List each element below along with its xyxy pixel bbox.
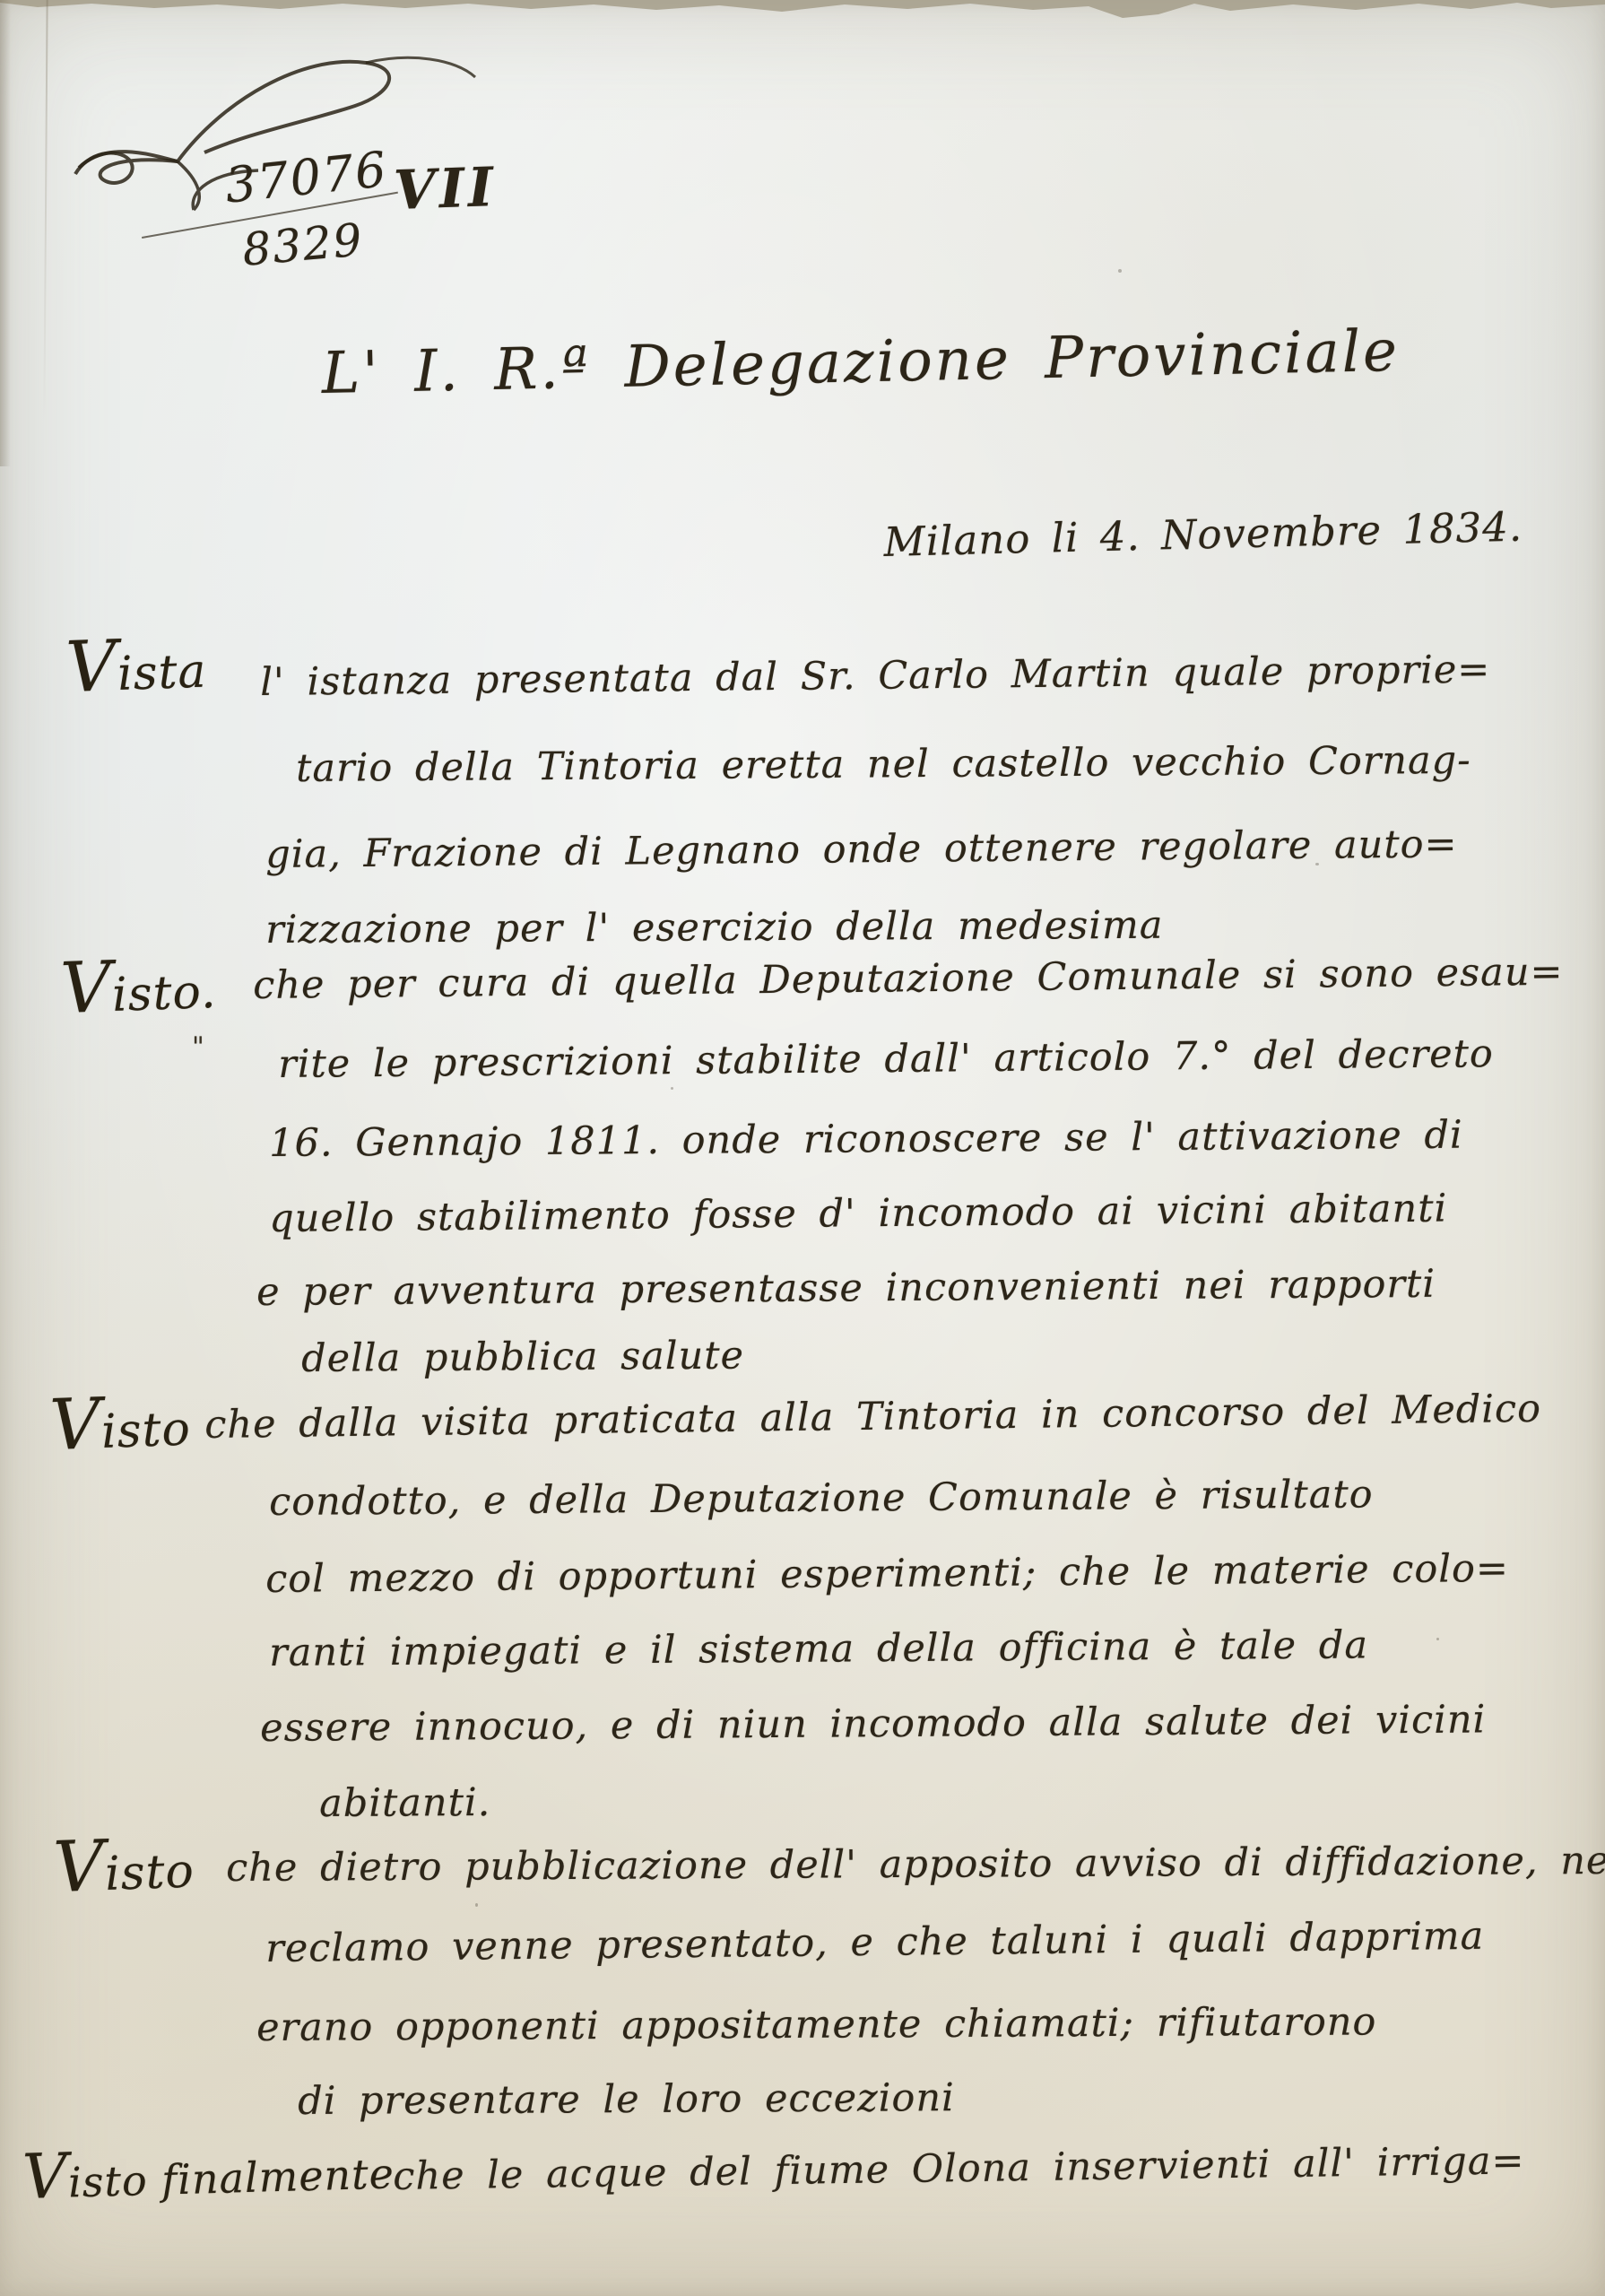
paragraph-lead: Visto bbox=[52, 1823, 195, 1909]
series-numeral: VII bbox=[393, 156, 498, 222]
manuscript-line: condotto, e della Deputazione Comunale è… bbox=[269, 1472, 1374, 1525]
paragraph-lead: Visto. bbox=[59, 944, 218, 1030]
manuscript-line: abitanti. bbox=[319, 1780, 490, 1826]
manuscript-line: che per cura di quella Deputazione Comun… bbox=[253, 950, 1564, 1008]
dateline: Milano li 4. Novembre 1834. bbox=[883, 503, 1523, 566]
addressee-title: L' I. R.ª Delegazione Provinciale bbox=[321, 318, 1401, 407]
page-left-edge bbox=[0, 0, 11, 466]
manuscript-line: tario della Tintoria eretta nel castello… bbox=[296, 738, 1471, 791]
torn-edge-icon bbox=[0, 0, 1605, 27]
manuscript-line: erano opponenti appositamente chiamati; … bbox=[256, 1999, 1376, 2050]
paper-crease bbox=[43, 0, 48, 422]
manuscript-line: 16. Gennajo 1811. onde riconoscere se l'… bbox=[269, 1113, 1463, 1166]
paragraph-lead: Vista bbox=[65, 623, 208, 709]
manuscript-line: che le acque del fiume Olona inservienti… bbox=[393, 2138, 1525, 2199]
ink-speck bbox=[1315, 863, 1319, 865]
manuscript-line: e per avventura presentasse inconvenient… bbox=[256, 1262, 1436, 1315]
ditto-mark: " bbox=[192, 1031, 204, 1063]
manuscript-line: rizzazione per l' esercizio della medesi… bbox=[265, 903, 1164, 952]
ink-speck bbox=[671, 1087, 673, 1090]
manuscript-line: rite le prescrizioni stabilite dall' art… bbox=[278, 1031, 1494, 1087]
manuscript-line: l' istanza presentata dal Sr. Carlo Mart… bbox=[260, 648, 1491, 705]
manuscript-line: di presentare le loro eccezioni bbox=[298, 2075, 955, 2124]
paragraph-lead: Visto bbox=[48, 1381, 192, 1466]
manuscript-line: ranti impiegati e il sistema della offic… bbox=[269, 1622, 1368, 1675]
ink-speck bbox=[475, 1903, 478, 1907]
manuscript-line: reclamo venne presentato, e che taluni i… bbox=[265, 1914, 1485, 1971]
ink-speck bbox=[1118, 269, 1122, 273]
manuscript-line: quello stabilimento fosse d' incomodo ai… bbox=[269, 1187, 1447, 1241]
paragraph-lead: Visto finalmente bbox=[22, 2131, 395, 2213]
manuscript-line: della pubblica salute bbox=[301, 1334, 744, 1381]
manuscript-line: gia, Frazione di Legnano onde ottenere r… bbox=[265, 822, 1458, 877]
manuscript-page: 37076 8329 VII L' I. R.ª Delegazione Pro… bbox=[0, 0, 1605, 2296]
manuscript-line: che dietro pubblicazione dell' apposito … bbox=[226, 1838, 1605, 1891]
manuscript-line: che dalla visita praticata alla Tintoria… bbox=[204, 1387, 1541, 1448]
manuscript-line: essere innocuo, e di niun incomodo alla … bbox=[260, 1697, 1486, 1751]
ink-speck bbox=[1436, 1638, 1439, 1640]
manuscript-line: col mezzo di opportuni esperimenti; che … bbox=[265, 1546, 1509, 1602]
protocol-denominator: 8329 bbox=[240, 213, 366, 276]
